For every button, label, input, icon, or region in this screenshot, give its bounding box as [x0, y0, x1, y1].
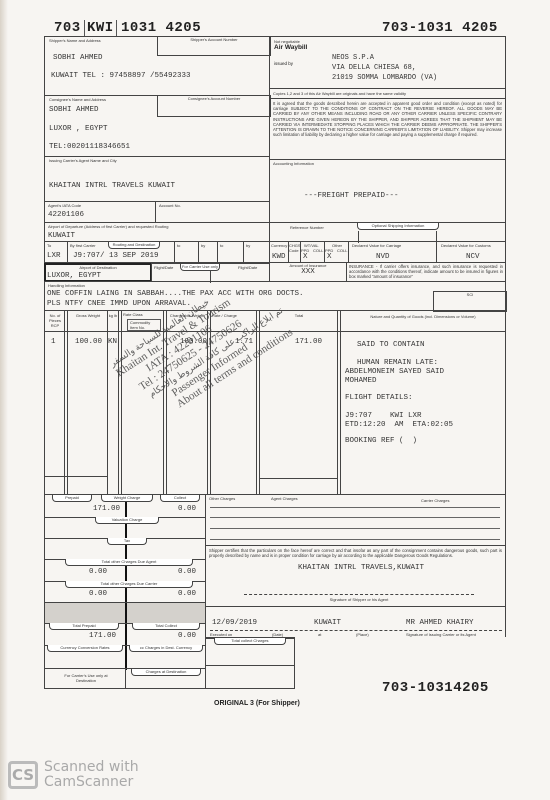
charges-at-destination-label: Charges at Destination	[131, 669, 201, 676]
total-collect-label: Total Collect	[132, 623, 200, 630]
shipper-account-box: Shipper's Account Number	[157, 36, 271, 56]
due-agent-prepaid: 0.00	[89, 568, 107, 576]
awb-number-bottom: 703-10314205	[382, 680, 489, 696]
issuing-signatory: MR AHMED KHAIRY	[406, 619, 474, 627]
departure-label: Airport of Departure (Address of first C…	[48, 224, 169, 229]
reference-section: Reference Number Optional Shipping Infor…	[269, 222, 506, 242]
air-waybill-title: Air Waybill	[274, 44, 307, 51]
agent-label: Issuing Carrier's Agent Name and City	[49, 158, 117, 163]
valuation-charge-label: Valuation Charge	[95, 517, 159, 524]
tax-label: Tax	[107, 538, 147, 545]
due-agent-collect: 0.00	[178, 568, 196, 576]
consignee-account-box: Consignee's Account Number	[157, 95, 271, 117]
consignee-section: Consignee's Name and Address Consignee's…	[44, 95, 270, 157]
nature-line-7: ETD:12:20 AM ETA:02:05	[345, 421, 453, 429]
total-value: 171.00	[295, 338, 322, 346]
currency-section: Currency KWD CHGS Code WT/VAL PPD COLL X…	[269, 241, 506, 263]
shipper-signature-value: KHAITAN INTRL TRAVELS,KUWAIT	[281, 564, 441, 572]
divider	[125, 668, 126, 689]
divider	[67, 242, 68, 263]
carrier-use-label: For Carrier Use only	[180, 264, 220, 271]
carrier-use-dest-label: For Carrier's Use only at Destination	[57, 673, 115, 683]
kg-lb-header: kg lb	[108, 313, 118, 318]
accounting-label: Accounting Information	[273, 161, 314, 166]
declared-customs-value: NCV	[466, 253, 480, 261]
carrier-charges-label: Carrier Charges	[421, 498, 449, 503]
divider	[436, 242, 437, 263]
consignee-account-label: Consignee's Account Number	[158, 96, 270, 101]
other-coll-label: COLL	[337, 248, 347, 253]
agent-account-box: Account No.	[155, 201, 270, 223]
routing-to2-label: to	[177, 243, 180, 248]
nature-header: Nature and Quantity of Goods (incl. Dime…	[345, 314, 501, 319]
routing-to3-label: to	[220, 243, 223, 248]
divider	[243, 242, 244, 263]
shipper-signature-label: Signature of Shipper or his Agent	[244, 597, 474, 602]
other-charges-label: Other Charges	[209, 496, 235, 501]
rate-class-header: Rate Class	[123, 312, 143, 317]
weight-unit-value: KN	[108, 338, 117, 346]
issuer-section: Not negotiable Air Waybill issued by NEO…	[269, 36, 506, 89]
sci-box: SCI	[433, 291, 507, 312]
charges-block: Prepaid Weight Charge Collect 171.00 0.0…	[44, 494, 206, 689]
camscanner-watermark: CS Scanned with CamScanner	[8, 760, 139, 790]
first-carrier-label: By first Carrier	[70, 243, 96, 248]
divider	[198, 242, 199, 263]
shipper-label: Shipper's Name and Address	[49, 38, 101, 43]
due-agent-label: Total other Charges Due Agent	[65, 559, 193, 566]
due-carrier-collect: 0.00	[178, 590, 196, 598]
total-collect-charges-label: Total collect Charges	[214, 638, 286, 645]
nature-line-5: FLIGHT DETAILS:	[345, 394, 413, 402]
watermark-line-1: Scanned with	[44, 760, 139, 775]
agent-charges-label: Agent Charges	[271, 496, 298, 501]
nature-line-1: SAID TO CONTAIN	[357, 341, 425, 349]
nature-line-4: MOHAMED	[345, 377, 377, 385]
camscanner-logo-icon: CS	[8, 761, 38, 789]
routing-to-label: To	[47, 243, 51, 248]
nature-line-8: BOOKING REF ( )	[345, 437, 417, 445]
reference-label: Reference Number	[290, 225, 324, 230]
col-divider	[118, 311, 119, 494]
declared-customs-label: Declared Value for Customs	[441, 243, 491, 248]
consignee-tel: TEL:00201118346651	[49, 143, 130, 151]
sci-label: SCI	[434, 292, 506, 297]
col-divider	[121, 311, 122, 494]
gross-weight-header: Gross Weight	[69, 313, 107, 318]
divider	[174, 242, 175, 263]
subtotal-line	[259, 478, 337, 479]
shipper-address: KUWAIT TEL : 97458897 /55492333	[51, 72, 191, 80]
copy-designation: ORIGINAL 3 (For Shipper)	[214, 700, 300, 707]
nature-line-3: ABDELMONEIM SAYED SAID	[345, 368, 444, 376]
col-divider	[337, 311, 338, 494]
agent-name: KHAITAN INTRL TRAVELS KUWAIT	[49, 182, 175, 190]
awb-serial: 1031 4205	[121, 20, 201, 36]
charge-line	[210, 507, 500, 508]
total-collect-charges-box: Total collect Charges	[205, 637, 295, 689]
shipper-name: SOBHI AHMED	[53, 54, 103, 62]
execution-line	[210, 630, 502, 631]
due-carrier-prepaid: 0.00	[89, 590, 107, 598]
destination-box: Airport of Destination LUXOR, EGYPT	[44, 263, 152, 282]
routing-destination-label: Routing and Destination	[108, 242, 160, 249]
wtval-ppd-mark: X	[303, 253, 308, 261]
gross-weight-value: 100.00	[75, 338, 102, 346]
routing-by3-label: by	[246, 243, 250, 248]
shaded-collect-cell	[127, 603, 205, 623]
conversion-rates-label: Currency Conversion Rates	[47, 645, 123, 652]
awb-origin: KWI	[84, 20, 117, 36]
total-prepaid-label: Total Prepaid	[49, 623, 119, 630]
issuer-address-2: 21019 SOMMA LOMBARDO (VA)	[332, 74, 437, 82]
subtotal-line	[45, 476, 107, 477]
consignee-name: SOBHI AHMED	[49, 106, 99, 114]
weight-charge-label: Weight Charge	[101, 495, 153, 502]
charge-line	[210, 528, 500, 529]
declared-carriage-label: Declared Value for Carriage	[352, 243, 401, 248]
conditions-text: It is agreed that the goods described he…	[270, 99, 505, 139]
awb-number-right: 703-1031 4205	[382, 20, 498, 36]
copies-note: Copies 1,2 and 3 of this Air Waybill are…	[270, 89, 505, 98]
charge-line	[210, 517, 500, 518]
page-edge-shadow	[0, 0, 8, 800]
col-divider	[64, 311, 65, 494]
consignee-city: LUXOR , EGYPT	[49, 125, 108, 133]
departure-section: Airport of Departure (Address of first C…	[44, 222, 270, 242]
accounting-value: ---FREIGHT PREPAID---	[304, 192, 399, 200]
total-collect-value: 0.00	[178, 632, 196, 640]
total-prepaid-value: 171.00	[89, 632, 116, 640]
accounting-section: Accounting Information ---FREIGHT PREPAI…	[269, 159, 506, 223]
departure-value: KUWAIT	[48, 232, 75, 240]
shaded-prepaid-cell	[45, 603, 125, 623]
weight-collect-value: 0.00	[178, 505, 196, 513]
issuer-name: NEOS S.P.A	[332, 54, 374, 62]
nature-line-2: HUMAN REMAIN LATE:	[357, 359, 438, 367]
consignee-label: Consignee's Name and Address	[49, 97, 106, 102]
conditions-box: It is agreed that the goods described he…	[269, 98, 506, 160]
due-carrier-label: Total other Charges Due Carrier	[65, 581, 193, 588]
certification-text: Shipper certifies that the particulars o…	[206, 546, 505, 560]
divider	[217, 242, 218, 263]
agent-section: Issuing Carrier's Agent Name and City KH…	[44, 156, 270, 202]
agent-account-label: Account No.	[159, 203, 181, 208]
dest-currency-label: cc Charges in Dest. Currency	[129, 645, 203, 652]
execution-place: KUWAIT	[314, 619, 341, 627]
divider	[348, 242, 349, 263]
insurance-note-box: INSURANCE - If carrier offers insurance,…	[346, 262, 506, 282]
wtval-coll-label: COLL	[313, 248, 323, 253]
execution-date: 12/09/2019	[212, 619, 257, 627]
flight-date-label: Flight/Date	[154, 265, 173, 270]
col-divider	[340, 311, 341, 494]
first-carrier-value: J9:707/ 13 SEP 2019	[73, 252, 159, 260]
awb-prefix: 703	[54, 20, 81, 36]
other-charges-box: Other Charges Agent Charges Carrier Char…	[205, 494, 506, 546]
issuer-address-1: VIA DELLA CHIESA 68,	[332, 64, 416, 72]
chgs-code-label: CHGS Code	[289, 243, 299, 253]
agent-iata-box: Agent's IATA Code 42201106	[44, 201, 156, 223]
watermark-line-2: CamScanner	[44, 775, 139, 790]
prepaid-label: Prepaid	[52, 495, 92, 502]
destination-label: Airport of Destination	[46, 265, 150, 270]
declared-carriage-value: NVD	[376, 253, 390, 261]
other-ppd-mark: X	[327, 253, 332, 261]
shipper-signature-line	[244, 594, 474, 595]
agent-iata-code: 42201106	[48, 211, 84, 219]
routing-by2-label: by	[201, 243, 205, 248]
optional-shipping-label: Optional Shipping Information	[357, 223, 439, 230]
nature-line-6: J9:707 KWI LXR	[345, 412, 422, 420]
destination-value: LUXOR, EGYPT	[47, 272, 101, 280]
routing-section: To LXR By first Carrier Routing and Dest…	[44, 241, 270, 263]
weight-prepaid-value: 171.00	[93, 505, 120, 513]
col-divider	[67, 311, 68, 494]
certification-box: Shipper certifies that the particulars o…	[205, 545, 506, 607]
handling-label: Handling Information	[48, 283, 85, 288]
pieces-value: 1	[51, 338, 56, 346]
handling-line-2: PLS NTFY CNEE IMMD UPON ARRAVAL.	[47, 300, 191, 308]
insurance-note: INSURANCE - If carrier offers insurance,…	[347, 263, 505, 281]
routing-to-value: LXR	[47, 252, 61, 260]
charge-line	[210, 539, 500, 540]
agent-iata-label: Agent's IATA Code	[48, 203, 81, 208]
collect-label: Collect	[160, 495, 200, 502]
pieces-header: No. of Pieces RCP	[46, 313, 64, 328]
issued-by-label: issued by	[274, 61, 293, 66]
shipper-section: Shipper's Name and Address Shipper's Acc…	[44, 36, 270, 96]
shipper-account-label: Shipper's Account Number	[158, 37, 270, 42]
